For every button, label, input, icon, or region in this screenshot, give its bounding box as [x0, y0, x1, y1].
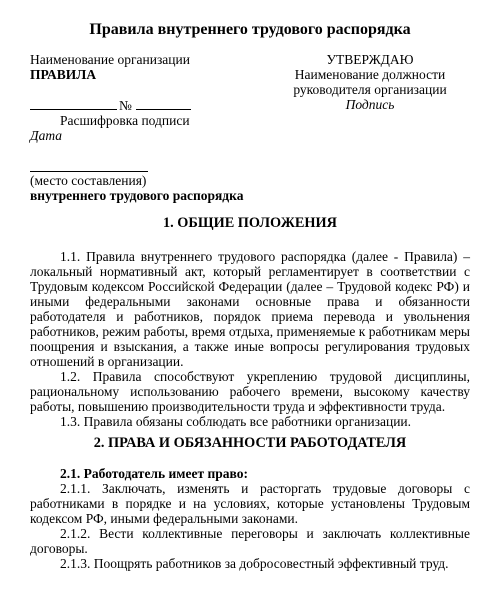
paragraph-2-1-1: 2.1.1. Заключать, изменять и расторгать … — [30, 481, 470, 526]
paragraph-1-3: 1.3. Правила обязаны соблюдать все работ… — [30, 414, 470, 429]
paragraph-2-1-2: 2.1.2. Вести коллективные переговоры и з… — [30, 526, 470, 556]
document-page: Правила внутреннего трудового распорядка… — [0, 0, 500, 597]
rules-label: ПРАВИЛА — [30, 67, 248, 82]
header-right-column: УТВЕРЖДАЮ Наименование должности руковод… — [270, 52, 470, 203]
subsection-2-1-heading: 2.1. Работодатель имеет право: — [30, 466, 470, 481]
header-left-column: Наименование организации ПРАВИЛА № Расши… — [30, 52, 248, 203]
blank-row — [30, 143, 248, 158]
number-date-blank-line — [30, 97, 117, 110]
date-label: Дата — [30, 128, 248, 143]
signature-decryption-label: Расшифровка подписи — [30, 113, 248, 128]
signature-label: Подпись — [270, 97, 470, 112]
place-blank-line — [30, 158, 148, 172]
position-name-line1: Наименование должности — [270, 67, 470, 82]
paragraph-1-1: 1.1. Правила внутреннего трудового распо… — [30, 249, 470, 369]
paragraph-2-1-3: 2.1.3. Поощрять работников за добросовес… — [30, 556, 470, 571]
rules-subtitle: внутреннего трудового распорядка — [30, 188, 248, 203]
approve-label: УТВЕРЖДАЮ — [270, 52, 470, 67]
document-title: Правила внутреннего трудового распорядка — [30, 21, 470, 39]
position-name-line2: руководителя организации — [270, 82, 470, 97]
document-number-row: № — [30, 97, 248, 113]
number-sign: № — [119, 98, 132, 113]
section-1-heading: 1. ОБЩИЕ ПОЛОЖЕНИЯ — [30, 215, 470, 232]
paragraph-1-2: 1.2. Правила способствуют укреплению тру… — [30, 369, 470, 414]
section-2-heading: 2. ПРАВА И ОБЯЗАННОСТИ РАБОТОДАТЕЛЯ — [30, 435, 470, 452]
document-header: Наименование организации ПРАВИЛА № Расши… — [30, 52, 470, 203]
place-of-drafting-label: (место составления) — [30, 173, 248, 188]
organization-name-label: Наименование организации — [30, 52, 248, 67]
number-value-blank-line — [136, 97, 191, 110]
blank-row — [30, 82, 248, 97]
